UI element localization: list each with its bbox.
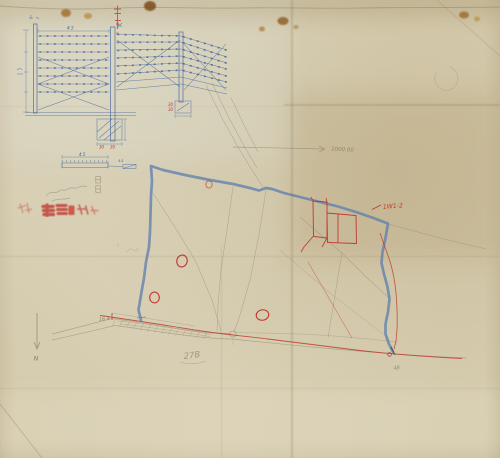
ground-line <box>25 113 136 116</box>
plan-dim-label-small: 4.5 <box>118 159 123 163</box>
map-drawing: 4.5 30 30 30 30 <box>0 0 500 458</box>
corner-fold-line <box>0 404 42 458</box>
pencil-circle-mark <box>435 67 458 90</box>
red-road-line <box>100 313 462 359</box>
footing-dim-label: 30 <box>99 145 105 150</box>
red-parcel-rects <box>313 201 357 244</box>
fence-footing-details: 30 30 30 30 <box>97 101 191 150</box>
stain-spots <box>61 1 480 32</box>
note-48: 48 <box>394 366 400 372</box>
red-circle-marks <box>150 181 270 321</box>
fence-plan-detail: 4.5 4.5 <box>46 152 136 201</box>
note-164: 16.4 <box>99 316 111 323</box>
fence-span-dim-label: 4.5 <box>67 26 74 31</box>
plan-dim-label: 4.5 <box>79 152 86 157</box>
survey-length-label: 1000.00 <box>331 147 355 154</box>
north-label: N <box>34 355 39 363</box>
footing-dim-label: 30 <box>110 145 116 150</box>
north-arrow: N <box>34 313 41 363</box>
pencil-parcel-lines <box>118 83 486 338</box>
pencil-cursive-note <box>46 186 87 201</box>
scanned-survey-map-sheet: 4.5 30 30 30 30 <box>0 0 500 458</box>
red-stamp-marks <box>18 203 99 216</box>
red-parcel-label: 1W1-2 <box>383 202 404 211</box>
footing-dim-label: 30 <box>168 107 174 112</box>
note-27b: 27B <box>183 350 201 362</box>
month-day-mark <box>96 177 101 193</box>
survey-arrow-annotation: 1000.00 <box>233 146 354 154</box>
red-map-lines: 1W1-2 <box>100 181 462 359</box>
paper-edge-and-stains <box>0 0 500 458</box>
